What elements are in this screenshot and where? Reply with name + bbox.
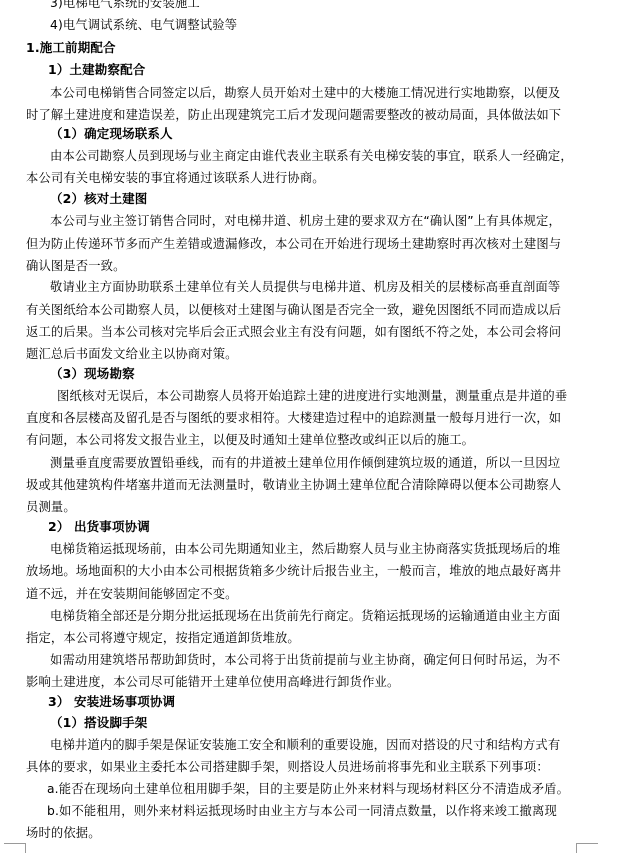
paragraph-line: 如需动用建筑塔吊帮助卸货时，本公司将于出货前提前与业主协商，确定何日何时吊运，为…	[50, 652, 560, 668]
list-item-a: a.能否在现场向土建单位租用脚手架，目的主要是防止外来材料与现场材料区分不清造成…	[47, 781, 569, 797]
list-item-electrical-install: 3)电梯电气系统的安装施工	[50, 0, 200, 11]
paragraph-line: 影响土建进度，本公司尽可能错开土建单位使用高峰进行卸货作业。	[26, 674, 399, 690]
paragraph-line: 由本公司勘察人员到现场与业主商定由谁代表业主联系有关电梯安装的事宜，联系人一经确…	[50, 148, 573, 164]
paragraph-line: 题汇总后书面发文给业主以协商对策。	[26, 346, 238, 362]
margin-corner-mark-right	[576, 843, 598, 853]
paragraph-line: 图纸核对无误后，本公司勘察人员将开始追踪土建的进度进行实地测量，测量重点是井道的…	[57, 388, 567, 404]
paragraph-line: 本公司电梯销售合同签定以后，勘察人员开始对土建中的大楼施工情况进行实地勘察，以便…	[50, 85, 560, 101]
section-heading-pre-construction: 1.施工前期配合	[26, 40, 116, 56]
paragraph-line: 电梯井道内的脚手架是保证安装施工安全和顺利的重要设施，因而对搭设的尺寸和结构方式…	[50, 737, 560, 753]
paragraph-line: 具体的要求，如果业主委托本公司搭建脚手架，则搭设人员进场前将事先和业主联系下列事…	[26, 759, 549, 775]
paragraph-line: 直度和各层楼高及留孔是否与图纸的要求相符。大楼建造过程中的追踪测量一般每月进行一…	[26, 410, 561, 426]
paragraph-line: 有关图纸给本公司勘察人员，以便核对土建图与确认图是否完全一致，避免因图纸不同而造…	[26, 302, 561, 318]
document-page: 3)电梯电气系统的安装施工 4)电气调试系统、电气调整试验等 1.施工前期配合 …	[0, 0, 621, 853]
paragraph-line: 本公司有关电梯安装的事宜将通过该联系人进行协商。	[26, 170, 325, 186]
list-item-b: b.如不能租用，则外来材料运抵现场时由业主方与本公司一同清点数量，以作将来竣工撤…	[47, 803, 557, 819]
paragraph-line: 敬请业主方面协助联系土建单位有关人员提供与电梯井道、机房及相关的层楼标高垂直剖面…	[50, 279, 560, 295]
paragraph-line: 电梯货箱全部还是分期分批运抵现场在出货前先行商定。货箱运抵现场的运输通道由业主方…	[50, 608, 560, 624]
paragraph-line: 但为防止传递环节多而产生差错或遗漏修改，本公司在开始进行现场土建勘察时再次核对土…	[26, 236, 561, 252]
paragraph-line: 确认图是否一致。	[26, 258, 126, 274]
paragraph-line: 圾或其他建筑构件堵塞井道而无法测量时，敬请业主协调土建单位配合清除障碍以便本公司…	[26, 477, 561, 493]
paragraph-line: 指定，本公司将遵守规定，按指定通道卸货堆放。	[26, 630, 300, 646]
item-heading-verify-drawings: （2）核对土建图	[50, 191, 147, 207]
subsection-heading-shipment: 2） 出货事项协调	[48, 519, 150, 535]
paragraph-line: 员测量。	[26, 499, 76, 515]
subsection-heading-survey: 1）土建勘察配合	[48, 62, 145, 78]
paragraph-line: 道不远，并在安装期间能够固定不变。	[26, 586, 238, 602]
paragraph-line: 测量垂直度需要放置铅垂线，而有的井道被土建单位用作倾倒建筑垃圾的通道，所以一旦因…	[50, 455, 560, 471]
paragraph-line: 本公司与业主签订销售合同时，对电梯井道、机房土建的要求双方在“确认图”上有具体规…	[50, 213, 561, 229]
margin-corner-mark-left	[4, 843, 26, 853]
paragraph-line: 放场地。场地面积的大小由本公司根据货箱多少统计后报告业主，一般而言，堆放的地点最…	[26, 563, 561, 579]
item-heading-site-survey: （3）现场勘察	[50, 366, 135, 382]
paragraph-line: 电梯货箱运抵现场前，由本公司先期通知业主，然后勘察人员与业主协商落实货抵现场后的…	[50, 541, 560, 557]
paragraph-line: 有问题，本公司将发文报告业主，以便及时通知土建单位整改或纠正以后的施工。	[26, 432, 474, 448]
paragraph-line: 返工的后果。当本公司核对完毕后会正式照会业主有没有问题，如有图纸不符之处，本公司…	[26, 324, 561, 340]
item-heading-scaffolding: （1）搭设脚手架	[50, 715, 147, 731]
subsection-heading-installation-entry: 3） 安装进场事项协调	[48, 694, 175, 710]
item-heading-contact: （1）确定现场联系人	[50, 126, 173, 142]
paragraph-line: 时了解土建进度和建造误差，防止出现建筑完工后才发现问题需要整改的被动局面，具体做…	[26, 107, 561, 123]
paragraph-line: 场时的依据。	[26, 825, 101, 841]
list-item-electrical-debug: 4)电气调试系统、电气调整试验等	[50, 17, 237, 33]
